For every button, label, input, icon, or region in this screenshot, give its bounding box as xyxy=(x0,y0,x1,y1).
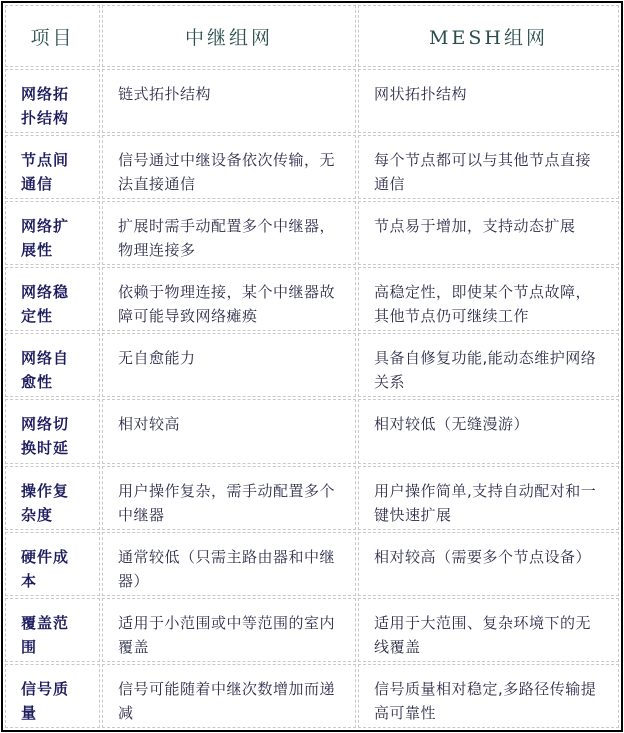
row-header-cell: 操作复杂度 xyxy=(5,466,100,530)
mesh-cell: 相对较高（需要多个节点设备） xyxy=(358,532,619,596)
mesh-cell: 相对较低（无缝漫游） xyxy=(358,399,619,463)
relay-cell: 扩展时需手动配置多个中继器，物理连接多 xyxy=(102,201,356,265)
row-header-cell: 覆盖范围 xyxy=(5,598,100,662)
table-row: 硬件成本 通常较低（只需主路由器和中继器） 相对较高（需要多个节点设备） xyxy=(5,532,619,596)
row-header-cell: 硬件成本 xyxy=(5,532,100,596)
table-row: 网络拓扑结构 链式拓扑结构 网状拓扑结构 xyxy=(5,69,619,133)
mesh-cell: 适用于大范围、复杂环境下的无线覆盖 xyxy=(358,598,619,662)
table-row: 网络切换时延 相对较高 相对较低（无缝漫游） xyxy=(5,399,619,463)
header-row: 项目 中继组网 MESH组网 xyxy=(5,5,619,67)
mesh-cell: 节点易于增加，支持动态扩展 xyxy=(358,201,619,265)
header-cell-relay: 中继组网 xyxy=(102,5,356,67)
relay-cell: 链式拓扑结构 xyxy=(102,69,356,133)
network-comparison-table: 项目 中继组网 MESH组网 网络拓扑结构 链式拓扑结构 网状拓扑结构 节点间通… xyxy=(3,3,621,730)
row-header-cell: 网络拓扑结构 xyxy=(5,69,100,133)
table-row: 网络稳定性 依赖于物理连接，某个中继器故障可能导致网络瘫痪 高稳定性，即使某个节… xyxy=(5,267,619,331)
header-cell-item: 项目 xyxy=(5,5,100,67)
relay-cell: 依赖于物理连接，某个中继器故障可能导致网络瘫痪 xyxy=(102,267,356,331)
mesh-cell: 具备自修复功能,能动态维护网络关系 xyxy=(358,333,619,397)
row-header-cell: 网络自愈性 xyxy=(5,333,100,397)
relay-cell: 适用于小范围或中等范围的室内覆盖 xyxy=(102,598,356,662)
table-row: 操作复杂度 用户操作复杂，需手动配置多个中继器 用户操作简单,支持自动配对和一键… xyxy=(5,466,619,530)
mesh-cell: 高稳定性，即使某个节点故障，其他节点仍可继续工作 xyxy=(358,267,619,331)
comparison-table-frame: 项目 中继组网 MESH组网 网络拓扑结构 链式拓扑结构 网状拓扑结构 节点间通… xyxy=(1,1,623,732)
relay-cell: 相对较高 xyxy=(102,399,356,463)
row-header-cell: 节点间通信 xyxy=(5,135,100,199)
row-header-cell: 信号质量 xyxy=(5,664,100,728)
mesh-cell: 网状拓扑结构 xyxy=(358,69,619,133)
table-row: 网络自愈性 无自愈能力 具备自修复功能,能动态维护网络关系 xyxy=(5,333,619,397)
row-header-cell: 网络扩展性 xyxy=(5,201,100,265)
mesh-cell: 每个节点都可以与其他节点直接通信 xyxy=(358,135,619,199)
relay-cell: 通常较低（只需主路由器和中继器） xyxy=(102,532,356,596)
relay-cell: 信号可能随着中继次数增加而递减 xyxy=(102,664,356,728)
relay-cell: 无自愈能力 xyxy=(102,333,356,397)
relay-cell: 用户操作复杂，需手动配置多个中继器 xyxy=(102,466,356,530)
row-header-cell: 网络切换时延 xyxy=(5,399,100,463)
table-row: 信号质量 信号可能随着中继次数增加而递减 信号质量相对稳定,多路径传输提高可靠性 xyxy=(5,664,619,728)
relay-cell: 信号通过中继设备依次传输，无法直接通信 xyxy=(102,135,356,199)
header-cell-mesh: MESH组网 xyxy=(358,5,619,67)
mesh-cell: 用户操作简单,支持自动配对和一键快速扩展 xyxy=(358,466,619,530)
mesh-cell: 信号质量相对稳定,多路径传输提高可靠性 xyxy=(358,664,619,728)
row-header-cell: 网络稳定性 xyxy=(5,267,100,331)
table-row: 节点间通信 信号通过中继设备依次传输，无法直接通信 每个节点都可以与其他节点直接… xyxy=(5,135,619,199)
table-row: 网络扩展性 扩展时需手动配置多个中继器，物理连接多 节点易于增加，支持动态扩展 xyxy=(5,201,619,265)
table-row: 覆盖范围 适用于小范围或中等范围的室内覆盖 适用于大范围、复杂环境下的无线覆盖 xyxy=(5,598,619,662)
